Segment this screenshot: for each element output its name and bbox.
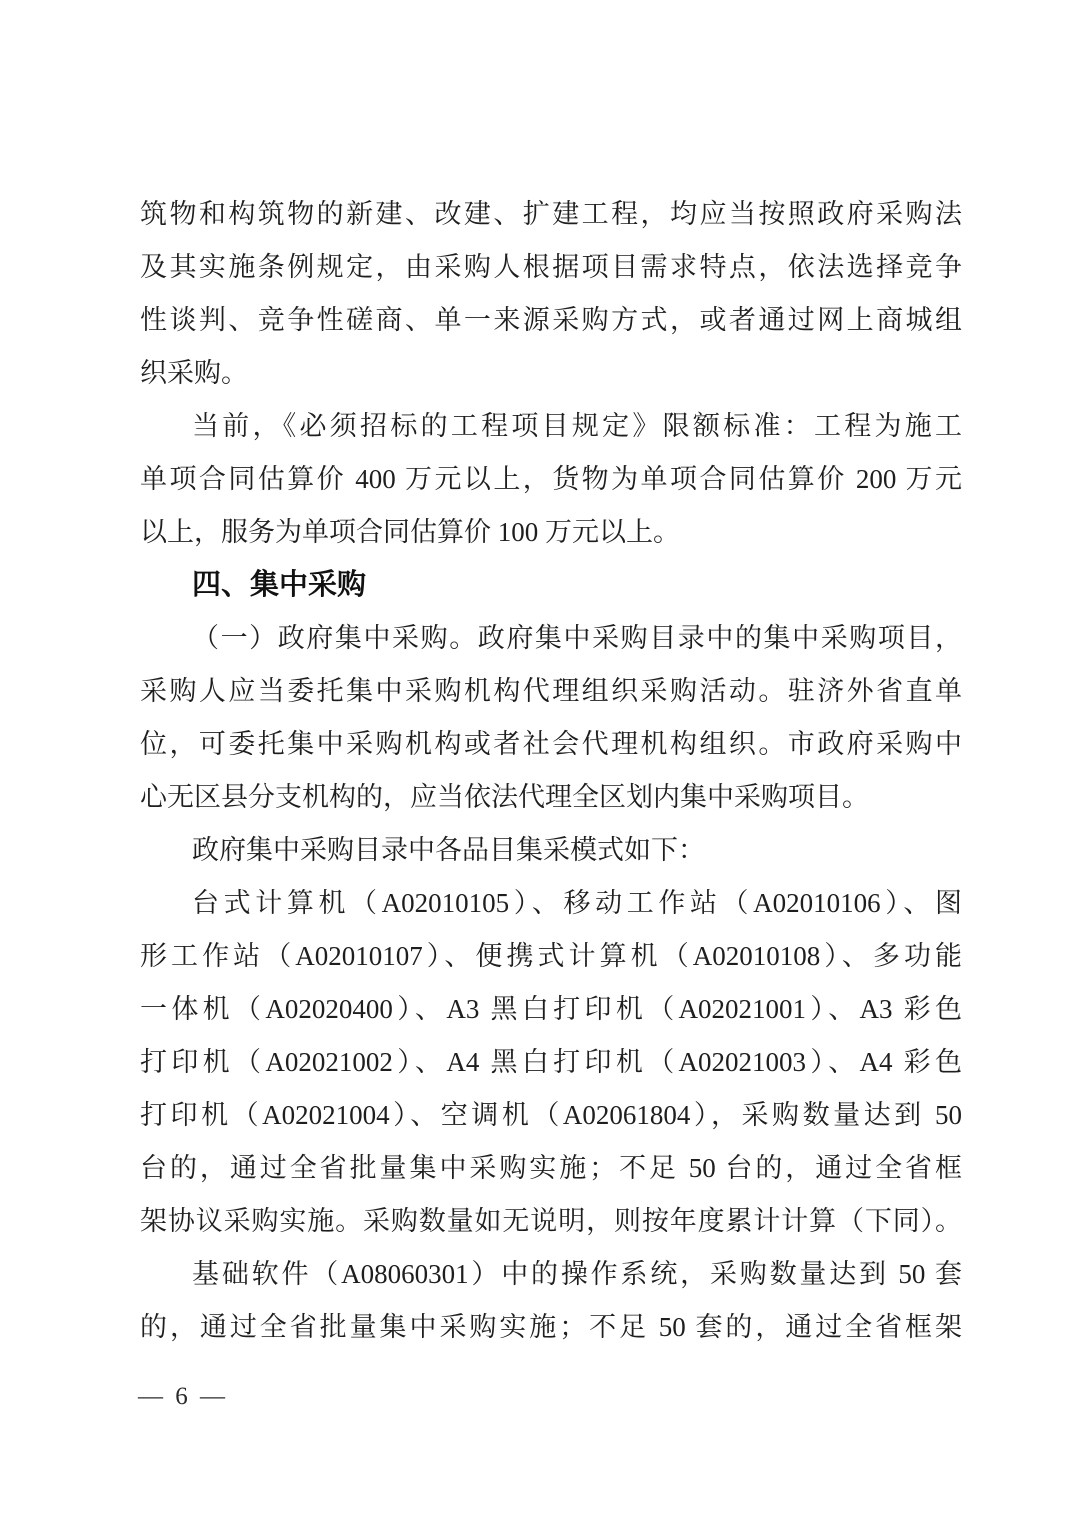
- paragraph: 政府集中采购目录中各品目集采模式如下：: [140, 824, 962, 877]
- text-line: 打印机（A02021004）、空调机（A02061804），采购数量达到 50: [140, 1089, 962, 1142]
- page-number: — 6 —: [138, 1383, 228, 1411]
- text-line: （一）政府集中采购。政府集中采购目录中的集中采购项目，: [140, 612, 962, 665]
- paragraph: （一）政府集中采购。政府集中采购目录中的集中采购项目，采购人应当委托集中采购机构…: [140, 612, 962, 824]
- text-line: 位，可委托集中采购机构或者社会代理机构组织。市政府采购中: [140, 718, 962, 771]
- text-line: 性谈判、竞争性磋商、单一来源采购方式，或者通过网上商城组: [140, 294, 962, 347]
- text-line: 四、集中采购: [140, 559, 962, 612]
- section-heading: 四、集中采购: [140, 559, 962, 612]
- paragraph: 台式计算机（A02010105）、移动工作站（A02010106）、图形工作站（…: [140, 877, 962, 1248]
- text-line: 织采购。: [140, 347, 962, 400]
- text-line: 以上，服务为单项合同估算价 100 万元以上。: [140, 506, 962, 559]
- text-line: 基础软件（A08060301）中的操作系统，采购数量达到 50 套: [140, 1248, 962, 1301]
- paragraph: 当前，《必须招标的工程项目规定》限额标准：工程为施工单项合同估算价 400 万元…: [140, 400, 962, 559]
- text-line: 当前，《必须招标的工程项目规定》限额标准：工程为施工: [140, 400, 962, 453]
- text-line: 心无区县分支机构的，应当依法代理全区划内集中采购项目。: [140, 771, 962, 824]
- text-line: 筑物和构筑物的新建、改建、扩建工程，均应当按照政府采购法: [140, 188, 962, 241]
- text-line: 的，通过全省批量集中采购实施；不足 50 套的，通过全省框架: [140, 1301, 962, 1354]
- text-line: 台的，通过全省批量集中采购实施；不足 50 台的，通过全省框: [140, 1142, 962, 1195]
- text-line: 采购人应当委托集中采购机构代理组织采购活动。驻济外省直单: [140, 665, 962, 718]
- text-line: 架协议采购实施。采购数量如无说明，则按年度累计计算（下同）。: [140, 1195, 962, 1248]
- document-page: 筑物和构筑物的新建、改建、扩建工程，均应当按照政府采购法及其实施条例规定，由采购…: [0, 0, 1080, 1527]
- text-line: 一体机（A02020400）、A3 黑白打印机（A02021001）、A3 彩色: [140, 983, 962, 1036]
- text-line: 及其实施条例规定，由采购人根据项目需求特点，依法选择竞争: [140, 241, 962, 294]
- text-line: 政府集中采购目录中各品目集采模式如下：: [140, 824, 962, 877]
- text-line: 单项合同估算价 400 万元以上，货物为单项合同估算价 200 万元: [140, 453, 962, 506]
- document-body: 筑物和构筑物的新建、改建、扩建工程，均应当按照政府采购法及其实施条例规定，由采购…: [140, 188, 962, 1354]
- text-line: 台式计算机（A02010105）、移动工作站（A02010106）、图: [140, 877, 962, 930]
- paragraph: 筑物和构筑物的新建、改建、扩建工程，均应当按照政府采购法及其实施条例规定，由采购…: [140, 188, 962, 400]
- text-line: 形工作站（A02010107）、便携式计算机（A02010108）、多功能: [140, 930, 962, 983]
- paragraph: 基础软件（A08060301）中的操作系统，采购数量达到 50 套的，通过全省批…: [140, 1248, 962, 1354]
- text-line: 打印机（A02021002）、A4 黑白打印机（A02021003）、A4 彩色: [140, 1036, 962, 1089]
